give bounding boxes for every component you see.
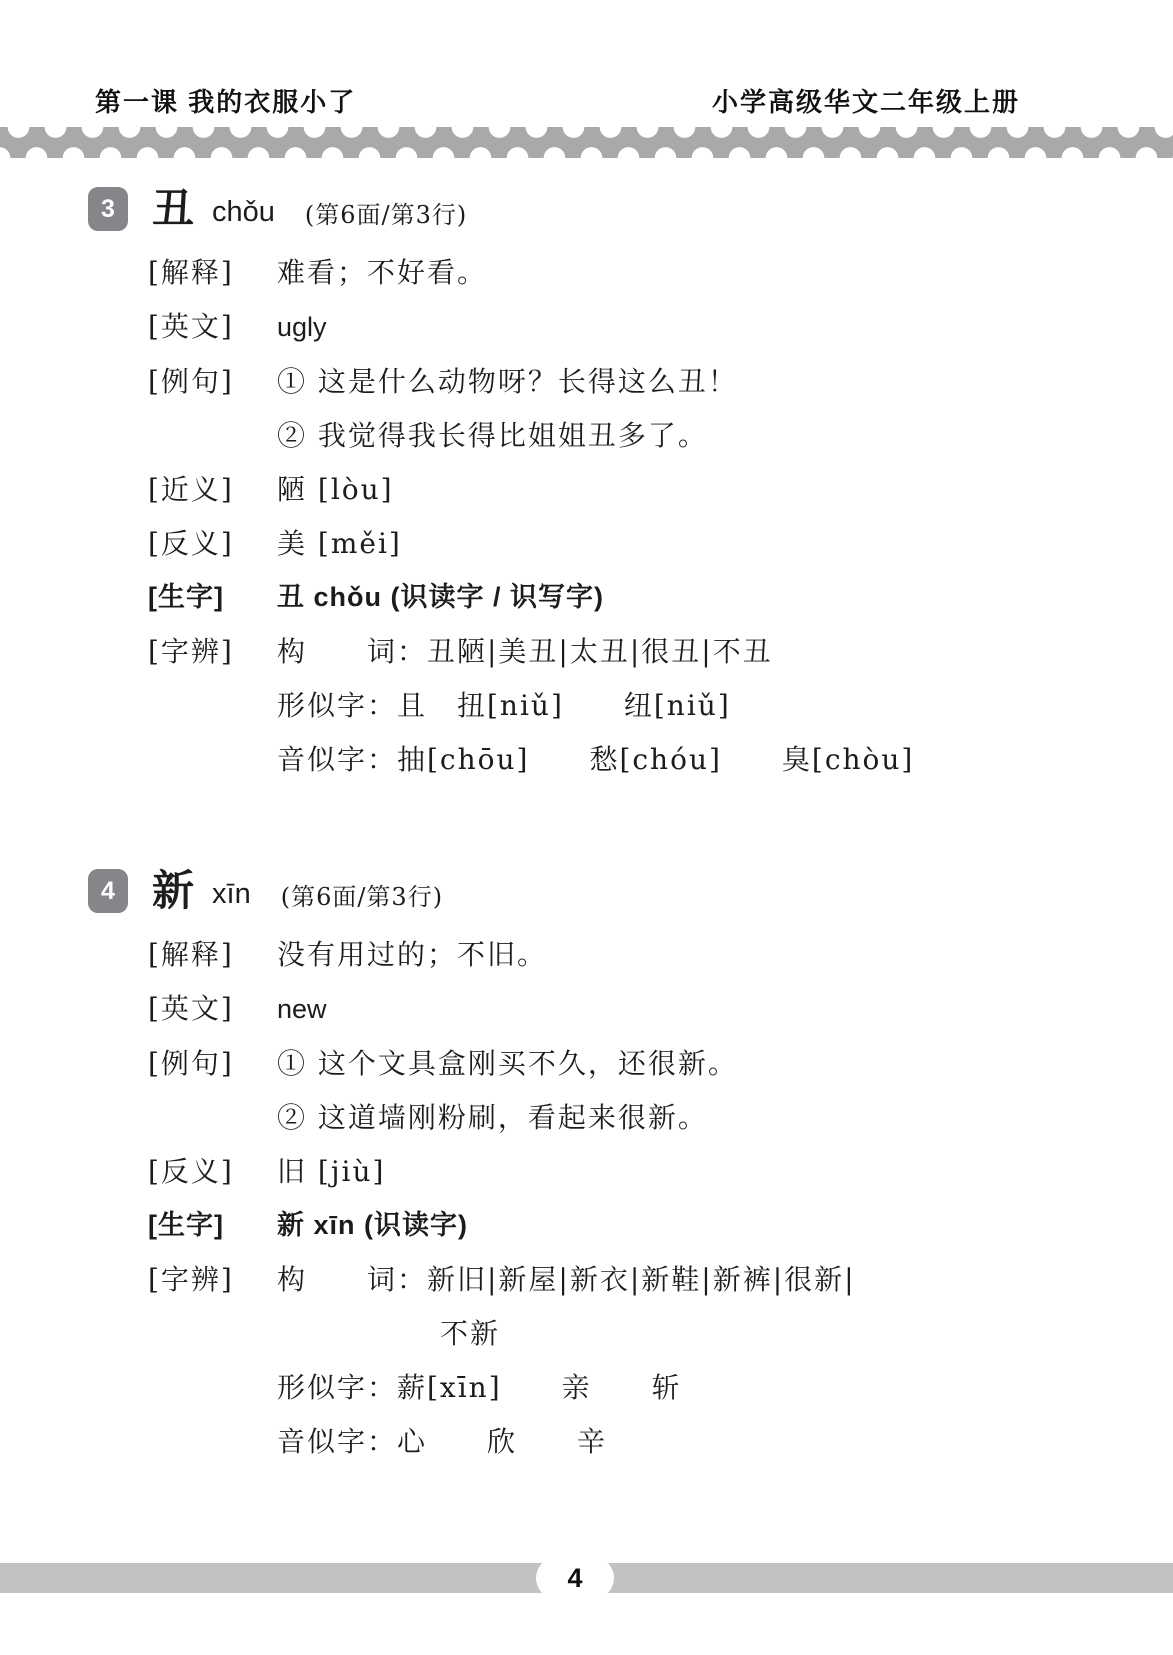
row-label: [例句] [148, 1047, 277, 1080]
headword-location: (第6面/第3行) [305, 195, 467, 230]
headword: 新 [152, 868, 194, 914]
row-text: 新 xīn (识读字) [277, 1209, 468, 1242]
row-text: 旧 [jiù] [277, 1155, 385, 1188]
entry-number: 4 [101, 877, 115, 906]
row-label: [英文] [148, 992, 277, 1025]
row-label: [生字] [148, 581, 277, 614]
row-english: [英文] new [0, 992, 1173, 1026]
row-text: ② 我觉得我长得比姐姐丑多了。 [277, 419, 708, 452]
row-example-2: ② 这道墙刚粉刷，看起来很新。 [0, 1101, 1173, 1134]
row-label: [例句] [148, 365, 277, 398]
row-word-discrimination: [字辨] 构 词：丑陋|美丑|太丑|很丑|不丑 [0, 635, 1173, 668]
row-text: 丑 chǒu (识读字 / 识写字) [277, 581, 604, 614]
entry-head: 4 新 xīn (第6面/第3行) [0, 868, 1173, 914]
row-text: 陋 [lòu] [277, 473, 394, 506]
row-antonym: [反义] 旧 [jiù] [0, 1155, 1173, 1188]
row-text: 构 词：新旧|新屋|新衣|新鞋|新裤|很新| [277, 1263, 856, 1296]
entry-number-badge: 4 [88, 869, 128, 913]
row-word-discrimination-cont: 不新 [0, 1317, 1173, 1350]
footer-bar: 4 [0, 1563, 1173, 1593]
row-label: [反义] [148, 1155, 277, 1188]
entry-number-badge: 3 [88, 187, 128, 231]
row-text: 难看；不好看。 [277, 256, 487, 289]
running-head: 第一课 我的衣服小了 小学高级华文二年级上册 [95, 82, 1020, 119]
row-word-discrimination: [字辨] 构 词：新旧|新屋|新衣|新鞋|新裤|很新| [0, 1263, 1173, 1296]
row-text: 形似字：薪[xīn] 亲 斩 [277, 1371, 682, 1404]
row-definition: [解释] 难看；不好看。 [0, 256, 1173, 289]
vocab-entry-xin: 4 新 xīn (第6面/第3行) [解释] 没有用过的；不旧。 [英文] ne… [0, 868, 1173, 1458]
headword-location: (第6面/第3行) [281, 877, 443, 912]
row-synonym: [近义] 陋 [lòu] [0, 473, 1173, 506]
row-definition: [解释] 没有用过的；不旧。 [0, 938, 1173, 971]
headword-pinyin: xīn [212, 878, 251, 911]
row-label: [解释] [148, 938, 277, 971]
row-text: ① 这是什么动物呀？长得这么丑！ [277, 365, 738, 398]
row-label: [生字] [148, 1209, 277, 1242]
row-text: 构 词：丑陋|美丑|太丑|很丑|不丑 [277, 635, 773, 668]
page-number-oval: 4 [536, 1550, 614, 1606]
row-similar-shape: 形似字：薪[xīn] 亲 斩 [0, 1371, 1173, 1404]
book-title: 小学高级华文二年级上册 [712, 82, 1020, 119]
row-example-2: ② 我觉得我长得比姐姐丑多了。 [0, 419, 1173, 452]
row-text: 音似字：心 欣 辛 [277, 1425, 607, 1458]
entry-head: 3 丑 chǒu (第6面/第3行) [0, 186, 1173, 232]
lesson-title: 第一课 我的衣服小了 [95, 82, 356, 119]
row-example-1: [例句] ① 这是什么动物呀？长得这么丑！ [0, 365, 1173, 398]
page-content: 3 丑 chǒu (第6面/第3行) [解释] 难看；不好看。 [英文] ugl… [0, 186, 1173, 1550]
row-label: [近义] [148, 473, 277, 506]
row-similar-sound: 音似字：抽[chōu] 愁[chóu] 臭[chòu] [0, 743, 1173, 776]
row-label: [字辨] [148, 1263, 277, 1296]
textbook-page: 第一课 我的衣服小了 小学高级华文二年级上册 3 丑 chǒu (第6面/第3行… [0, 0, 1173, 1655]
row-text: new [277, 993, 327, 1026]
vocab-entry-chou: 3 丑 chǒu (第6面/第3行) [解释] 难看；不好看。 [英文] ugl… [0, 186, 1173, 776]
row-antonym: [反义] 美 [měi] [0, 527, 1173, 560]
headword-pinyin: chǒu [212, 196, 275, 229]
row-example-1: [例句] ① 这个文具盒刚买不久，还很新。 [0, 1047, 1173, 1080]
row-text: 不新 [440, 1317, 500, 1350]
headword: 丑 [152, 186, 194, 232]
row-text: 没有用过的；不旧。 [277, 938, 547, 971]
row-label: [解释] [148, 256, 277, 289]
scalloped-divider [0, 127, 1173, 158]
row-similar-sound: 音似字：心 欣 辛 [0, 1425, 1173, 1458]
row-text: 形似字：且 扭[niǔ] 纽[niǔ] [277, 689, 731, 722]
row-label: [字辨] [148, 635, 277, 668]
row-label: [英文] [148, 310, 277, 343]
row-english: [英文] ugly [0, 310, 1173, 344]
row-new-word: [生字] 新 xīn (识读字) [0, 1209, 1173, 1242]
row-text: 美 [měi] [277, 527, 402, 560]
row-text: ② 这道墙刚粉刷，看起来很新。 [277, 1101, 708, 1134]
row-similar-shape: 形似字：且 扭[niǔ] 纽[niǔ] [0, 689, 1173, 722]
row-new-word: [生字] 丑 chǒu (识读字 / 识写字) [0, 581, 1173, 614]
row-text: ugly [277, 311, 327, 344]
row-text: 音似字：抽[chōu] 愁[chóu] 臭[chòu] [277, 743, 914, 776]
row-text: ① 这个文具盒刚买不久，还很新。 [277, 1047, 738, 1080]
entry-number: 3 [101, 195, 115, 224]
row-label: [反义] [148, 527, 277, 560]
page-number: 4 [567, 1563, 582, 1594]
